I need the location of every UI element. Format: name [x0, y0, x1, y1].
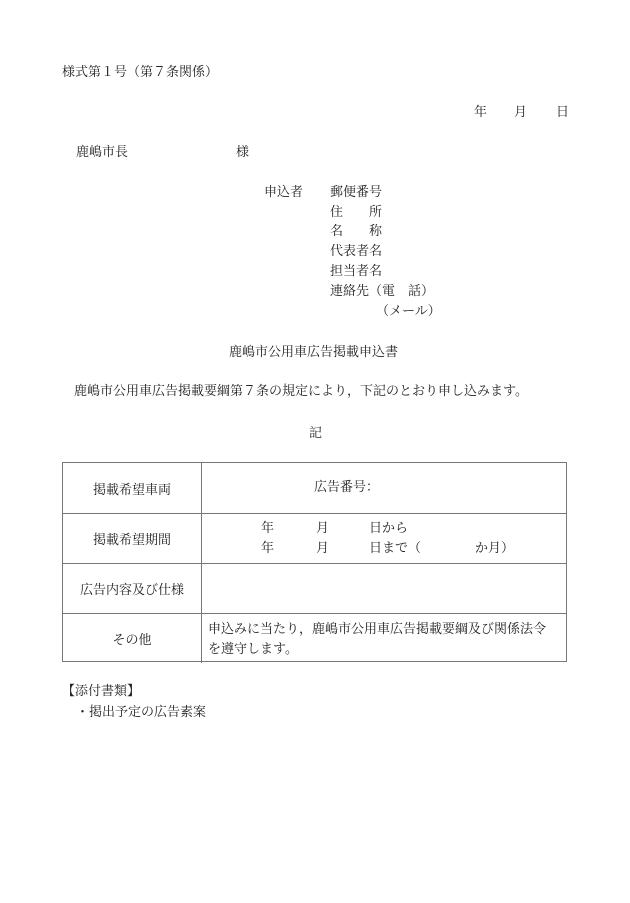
table-row-other: その他 申込みに当たり，鹿嶋市公用車広告掲載要綱及び関係法令 を遵守します。 [63, 613, 566, 663]
label-content: 広告内容及び仕様 [63, 564, 202, 613]
value-period: 年 月 日から 年 月 日まで（ か月） [202, 514, 566, 563]
field-name: 名 称 [330, 224, 382, 240]
value-vehicle: 広告番号： [202, 463, 566, 513]
field-address: 住 所 [330, 205, 382, 221]
field-postal-code: 郵便番号 [330, 185, 382, 201]
to-month: 月 [316, 541, 329, 557]
application-table: 掲載希望車両 広告番号： 掲載希望期間 年 月 日から 年 月 日まで（ か月）… [62, 462, 567, 662]
other-line-2: を遵守します。 [208, 642, 298, 658]
label-vehicle: 掲載希望車両 [63, 463, 202, 513]
field-phone: 連絡先（電 話） [330, 284, 434, 300]
value-content [202, 564, 566, 613]
from-day: 日から [369, 521, 408, 537]
ki-heading: 記 [309, 426, 322, 442]
date-year: 年 [474, 105, 487, 121]
to-year: 年 [261, 541, 274, 557]
label-period: 掲載希望期間 [63, 514, 202, 563]
attachment-item: ・掲出予定の広告素案 [76, 705, 206, 721]
intro-text: 鹿嶋市公用車広告掲載要綱第７条の規定により，下記のとおり申し込みます。 [74, 384, 528, 400]
applicant-label: 申込者 [264, 185, 303, 201]
addressee-name: 鹿嶋市長 [76, 145, 128, 161]
addressee-honorific: 様 [236, 145, 249, 161]
label-other: その他 [63, 614, 202, 663]
value-other: 申込みに当たり，鹿嶋市公用車広告掲載要綱及び関係法令 を遵守します。 [202, 614, 566, 663]
table-row-content: 広告内容及び仕様 [63, 563, 566, 613]
ad-number-label: 広告番号： [314, 480, 379, 496]
from-year: 年 [261, 521, 274, 537]
field-email: （メール） [376, 304, 441, 320]
field-contact-person: 担当者名 [330, 264, 382, 280]
attachments-heading: 【添付書類】 [62, 684, 140, 700]
form-number: 様式第１号（第７条関係） [62, 65, 218, 81]
months-count: か月） [475, 541, 514, 557]
table-row-vehicle: 掲載希望車両 広告番号： [63, 463, 566, 513]
other-line-1: 申込みに当たり，鹿嶋市公用車広告掲載要綱及び関係法令 [208, 622, 546, 638]
to-day: 日まで（ [369, 541, 421, 557]
field-representative: 代表者名 [330, 244, 382, 260]
table-row-period: 掲載希望期間 年 月 日から 年 月 日まで（ か月） [63, 513, 566, 563]
date-day: 日 [556, 105, 569, 121]
document-title: 鹿嶋市公用車広告掲載申込書 [229, 345, 398, 361]
from-month: 月 [316, 521, 329, 537]
date-month: 月 [514, 105, 527, 121]
